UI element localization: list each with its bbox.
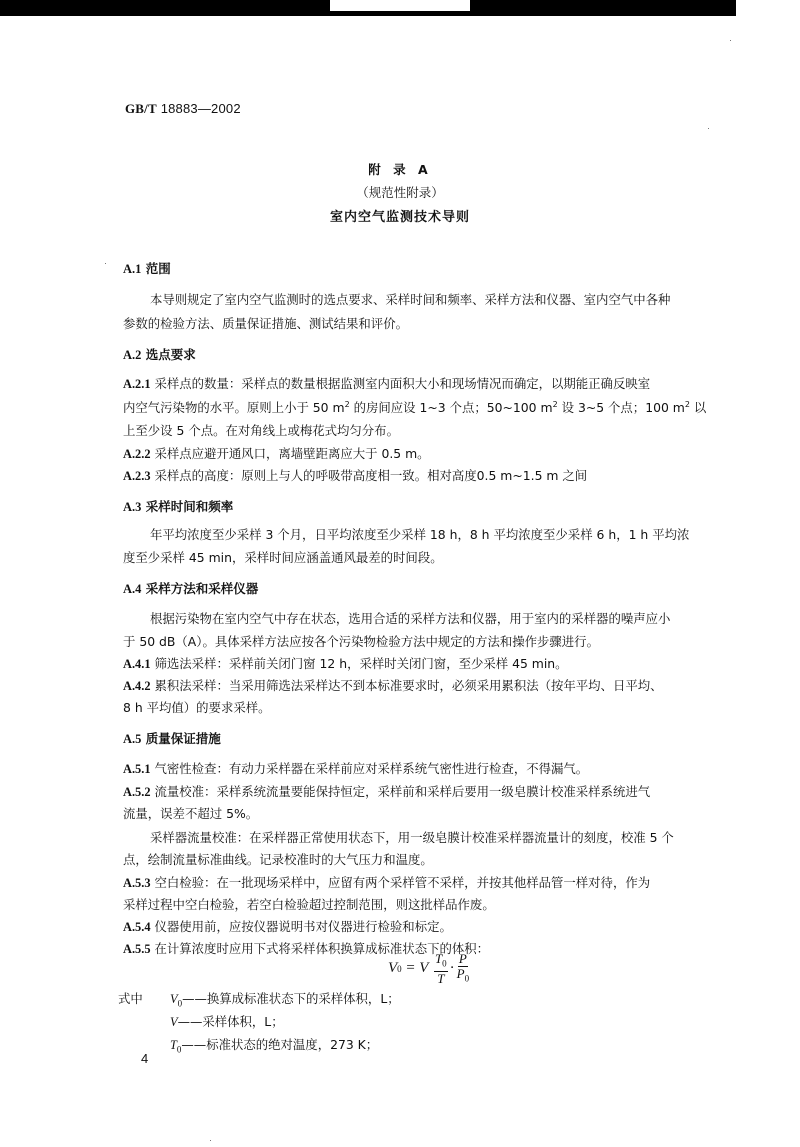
denominator: T [437,972,444,986]
clause-a54: A.5.4 仪器使用前，应按仪器说明书对仪器进行检验和标定。 [123,917,452,935]
paragraph-line: 度至少采样 45 min，采样时间应涵盖通风最差的时间段。 [123,548,443,566]
section-a2-heading: A.2 选点要求 [123,345,196,363]
section-title: 采样方法和采样仪器 [146,581,259,596]
clause-a51: A.5.1 气密性检查：有动力采样器在采样前应对采样系统气密性进行检查，不得漏气… [123,759,588,777]
section-number: A.4 [123,582,141,596]
clause-a53: A.5.3 空白检验：在一批现场采样中，应留有两个采样管不采样，并按其他样品管一… [123,873,650,891]
variable: V0 [170,992,182,1006]
formula-lhs: V [388,960,397,977]
where-item: V0——换算成标准状态下的采样体积，L； [170,989,400,1008]
variable: T0 [170,1038,181,1052]
clause-number: A.4.2 [123,679,151,693]
standard-code: GB/T 18883—2002 [125,101,241,117]
section-number: A.3 [123,500,141,514]
paragraph-line: 根据污染物在室内空气中存在状态，选用合适的采样方法和仪器，用于室内的采样器的噪声… [150,609,670,627]
variable-description: ——标准状态的绝对温度，273 K； [181,1037,378,1052]
clause-number: A.2.3 [123,469,151,483]
paragraph-line: 8 h 平均值）的要求采样。 [123,698,271,716]
scan-speck [730,40,731,41]
section-title: 范围 [146,261,171,276]
clause-text: 采样点应避开通风口，离墙壁距离应大于 0.5 m。 [155,446,430,461]
clause-number: A.5.2 [123,785,151,799]
where-label: 式中 [118,989,143,1007]
clause-a41: A.4.1 筛选法采样：采样前关闭门窗 12 h，采样时关闭门窗，至少采样 45… [123,654,568,672]
appendix-name: 室内空气监测技术导则 [0,206,800,225]
scan-speck [708,128,709,129]
clause-text: 空白检验：在一批现场采样中，应留有两个采样管不采样，并按其他样品管一样对待，作为 [155,875,651,890]
clause-text: 流量校准：采样系统流量要能保持恒定，采样前和采样后要用一级皂膜计校准采样系统进气 [155,784,651,799]
scan-top-bar-gap [330,0,470,11]
clause-text: 仪器使用前，应按仪器说明书对仪器进行检验和标定。 [155,919,452,934]
paragraph-line: 参数的检验方法、质量保证措施、测试结果和评价。 [123,314,408,332]
variable-name: T [170,1038,177,1052]
clause-a21-line2: 内空气污染物的水平。原则上小于 50 m2 的房间应设 1~3 个点；50~10… [123,398,706,416]
formula-subscript: 0 [465,974,470,984]
clause-a52: A.5.2 流量校准：采样系统流量要能保持恒定，采样前和采样后要用一级皂膜计校准… [123,782,650,800]
clause-text: 采样点的高度：原则上与人的呼吸带高度相一致。相对高度0.5 m~1.5 m 之间 [155,468,588,483]
clause-a42: A.4.2 累积法采样：当采用筛选法采样达不到本标准要求时，必须采用累积法（按年… [123,676,663,694]
appendix-title: 附 录 A [0,160,800,178]
section-number: A.5 [123,732,141,746]
section-title: 采样时间和频率 [146,499,234,514]
standard-code-prefix: GB/T [125,101,157,116]
paragraph-line: 采样过程中空白检验，若空白检验超过控制范围，则这批样品作废。 [123,895,495,913]
denominator-var: P [457,966,465,981]
appendix-type: （规范性附录） [0,183,800,201]
clause-a21: A.2.1 采样点的数量：采样点的数量根据监测室内面积大小和现场情况而确定，以期… [123,374,650,392]
paragraph-line: 点，绘制流量标准曲线。记录校准时的大气压力和温度。 [123,850,433,868]
clause-a22: A.2.2 采样点应避开通风口，离墙壁距离应大于 0.5 m。 [123,444,430,462]
paragraph-line: 于 50 dB（A）。具体采样方法应按各个污染物检验方法中规定的方法和操作步骤进… [123,632,599,650]
clause-number: A.5.4 [123,920,151,934]
clause-text: 筛选法采样：采样前关闭门窗 12 h，采样时关闭门窗，至少采样 45 min。 [155,656,568,671]
section-a3-heading: A.3 采样时间和频率 [123,497,233,515]
clause-number: A.4.1 [123,657,151,671]
fraction-p-p0: P P0 [457,952,469,986]
formula-subscript: 0 [442,959,447,969]
paragraph-line: 流量，误差不超过 5%。 [123,804,258,822]
clause-number: A.2.1 [123,377,151,391]
section-title: 选点要求 [146,347,196,362]
clause-text: 气密性检查：有动力采样器在采样前应对采样系统气密性进行检查，不得漏气。 [155,761,589,776]
denominator: P0 [457,967,469,986]
clause-text: 累积法采样：当采用筛选法采样达不到本标准要求时，必须采用累积法（按年平均、日平均… [155,678,663,693]
paragraph-line: 年平均浓度至少采样 3 个月，日平均浓度至少采样 18 h，8 h 平均浓度至少… [150,525,689,543]
page-number: 4 [141,1051,148,1066]
paragraph-line: 上至少设 5 个点。在对角线上或梅花式均匀分布。 [123,421,399,439]
formula-eq: = V [402,960,432,977]
section-title: 质量保证措施 [146,731,221,746]
clause-number: A.5.1 [123,762,151,776]
section-number: A.1 [123,262,141,276]
where-item: V——采样体积，L； [170,1012,284,1030]
where-item: T0——标准状态的绝对温度，273 K； [170,1035,378,1054]
paragraph-line: 采样器流量校准：在采样器正常使用状态下，用一级皂膜计校准采样器流量计的刻度，校准… [150,828,674,846]
variable-description: ——换算成标准状态下的采样体积，L； [182,991,400,1006]
volume-formula: V0 = V T0 T · P P0 [388,952,471,986]
formula-dot: · [450,960,455,977]
numerator: T0 [434,952,448,972]
clause-text: 采样点的数量：采样点的数量根据监测室内面积大小和现场情况而确定，以期能正确反映室 [155,376,651,391]
text-fragment: 内空气污染物的水平。原则上小于 50 m [123,400,345,415]
text-fragment: 以 [690,400,706,415]
clause-a23: A.2.3 采样点的高度：原则上与人的呼吸带高度相一致。相对高度0.5 m~1.… [123,466,587,484]
scan-speck [105,263,106,264]
text-fragment: 的房间应设 1~3 个点；50~100 m [350,400,553,415]
standard-code-number: 18883—2002 [161,101,241,116]
section-a1-heading: A.1 范围 [123,259,171,277]
clause-number: A.5.5 [123,942,151,956]
section-a4-heading: A.4 采样方法和采样仪器 [123,579,258,597]
scan-speck [210,1140,211,1141]
clause-number: A.5.3 [123,876,151,890]
variable-description: ——采样体积，L； [178,1014,284,1029]
section-a5-heading: A.5 质量保证措施 [123,729,221,747]
variable-name: V [170,992,178,1006]
variable-name: V [170,1015,178,1029]
fraction-t0-t: T0 T [434,952,448,986]
text-fragment: 设 3~5 个点；100 m [558,400,685,415]
clause-number: A.2.2 [123,447,151,461]
numerator: P [458,952,468,967]
paragraph-line: 本导则规定了室内空气监测时的选点要求、采样时间和频率、采样方法和仪器、室内空气中… [150,290,670,308]
variable: V [170,1015,178,1029]
section-number: A.2 [123,348,141,362]
